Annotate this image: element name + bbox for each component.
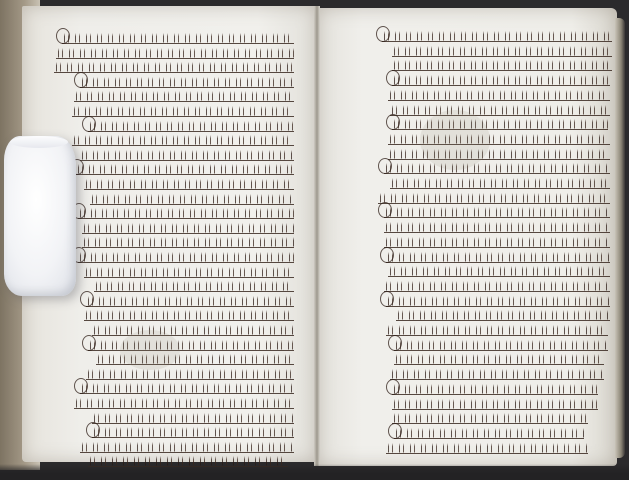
handwritten-line	[392, 383, 598, 395]
script-strokes	[72, 106, 294, 116]
underline-rule	[80, 393, 294, 394]
underline-rule	[384, 247, 610, 248]
script-strokes	[92, 325, 294, 335]
handwritten-line	[384, 236, 610, 248]
handwritten-line	[74, 397, 294, 409]
script-strokes	[76, 164, 294, 174]
handwritten-line	[388, 89, 610, 101]
underline-rule	[84, 320, 294, 321]
handwritten-line	[390, 368, 604, 380]
handwritten-line	[382, 30, 612, 42]
script-strokes	[394, 354, 604, 364]
script-strokes	[80, 383, 294, 393]
initial-flourish	[388, 335, 402, 351]
faint-bleedthrough	[420, 110, 490, 170]
script-strokes	[56, 48, 294, 58]
underline-rule	[72, 145, 294, 146]
faint-bleedthrough	[120, 330, 180, 370]
script-strokes	[388, 90, 610, 100]
handwritten-line	[90, 193, 294, 205]
underline-rule	[78, 262, 294, 263]
handwritten-line	[78, 207, 294, 219]
underline-rule	[378, 203, 610, 204]
handwritten-line	[92, 412, 294, 424]
underline-rule	[388, 100, 610, 101]
script-strokes	[392, 384, 598, 394]
initial-flourish	[388, 423, 402, 439]
script-strokes	[80, 442, 294, 452]
script-strokes	[78, 208, 294, 218]
handwritten-line	[80, 76, 294, 88]
script-strokes	[86, 369, 294, 379]
handwritten-line	[392, 74, 610, 86]
handwritten-line	[76, 163, 294, 175]
underline-rule	[86, 379, 294, 380]
script-strokes	[80, 150, 294, 160]
underline-rule	[94, 291, 294, 292]
script-strokes	[72, 135, 294, 145]
handwritten-line	[72, 134, 294, 146]
script-strokes	[88, 121, 294, 131]
script-strokes	[384, 237, 610, 247]
underline-rule	[74, 408, 294, 409]
underline-rule	[74, 101, 294, 102]
handwritten-line	[390, 104, 610, 116]
script-strokes	[396, 310, 610, 320]
script-strokes	[392, 60, 612, 70]
underline-rule	[90, 204, 294, 205]
handwritten-line	[386, 442, 588, 454]
underline-rule	[80, 87, 294, 88]
script-strokes	[386, 325, 608, 335]
handwritten-line	[62, 32, 294, 44]
handwritten-line	[78, 251, 294, 263]
script-strokes	[392, 413, 588, 423]
underline-rule	[390, 379, 604, 380]
script-strokes	[390, 369, 604, 379]
script-strokes	[82, 223, 294, 233]
script-strokes	[384, 222, 610, 232]
book-gutter	[314, 6, 320, 466]
underline-rule	[62, 43, 294, 44]
handwritten-line	[80, 149, 294, 161]
handwritten-line	[54, 61, 294, 73]
handwritten-line	[390, 177, 610, 189]
underline-rule	[76, 174, 294, 175]
handwritten-line	[394, 353, 604, 365]
script-strokes	[78, 252, 294, 262]
underline-rule	[396, 320, 610, 321]
script-strokes	[80, 77, 294, 87]
handwritten-line	[80, 441, 294, 453]
handwritten-line	[378, 192, 610, 204]
underline-rule	[84, 277, 294, 278]
script-strokes	[384, 207, 610, 217]
underline-rule	[386, 335, 608, 336]
script-strokes	[62, 33, 294, 43]
underline-rule	[392, 409, 598, 410]
initial-flourish	[386, 379, 400, 395]
underline-rule	[384, 217, 610, 218]
initial-flourish	[380, 247, 394, 263]
handwritten-line	[84, 309, 294, 321]
underline-rule	[390, 115, 610, 116]
script-strokes	[90, 194, 294, 204]
underline-rule	[92, 335, 294, 336]
handwritten-line	[82, 236, 294, 248]
handwritten-line	[80, 382, 294, 394]
underline-rule	[92, 423, 294, 424]
underline-rule	[384, 173, 610, 174]
initial-flourish	[74, 72, 88, 88]
underline-rule	[386, 262, 610, 263]
underline-rule	[392, 394, 598, 395]
underline-rule	[388, 276, 610, 277]
script-strokes	[378, 193, 610, 203]
underline-rule	[388, 159, 610, 160]
script-strokes	[386, 252, 610, 262]
script-strokes	[392, 46, 612, 56]
handwritten-line	[396, 309, 610, 321]
underline-rule	[386, 453, 588, 454]
initial-flourish	[82, 335, 96, 351]
underline-rule	[72, 116, 294, 117]
script-strokes	[384, 163, 610, 173]
underline-rule	[84, 189, 294, 190]
script-strokes	[92, 413, 294, 423]
handwritten-line	[388, 265, 610, 277]
initial-flourish	[386, 70, 400, 86]
script-strokes	[54, 62, 294, 72]
underline-rule	[384, 291, 610, 292]
table-shadow	[0, 464, 629, 480]
script-strokes	[392, 75, 610, 85]
handwritten-line	[84, 266, 294, 278]
handwritten-line	[92, 426, 294, 438]
script-strokes	[390, 178, 610, 188]
underline-rule	[56, 58, 294, 59]
underline-rule	[382, 41, 612, 42]
script-strokes	[386, 443, 588, 453]
script-strokes	[84, 179, 294, 189]
underline-rule	[86, 306, 294, 307]
underline-rule	[82, 233, 294, 234]
underline-rule	[394, 438, 584, 439]
script-strokes	[92, 427, 294, 437]
handwritten-line	[386, 324, 608, 336]
handwritten-line	[72, 105, 294, 117]
handwritten-line	[86, 295, 294, 307]
manuscript-photo	[0, 0, 629, 480]
underline-rule	[92, 437, 294, 438]
handwritten-line	[384, 162, 610, 174]
script-strokes	[74, 91, 294, 101]
underline-rule	[78, 218, 294, 219]
script-strokes	[386, 296, 610, 306]
handwritten-line	[392, 412, 588, 424]
script-strokes	[394, 428, 584, 438]
script-strokes	[388, 266, 610, 276]
initial-flourish	[56, 28, 70, 44]
underline-rule	[390, 188, 610, 189]
underline-rule	[392, 70, 612, 71]
handwritten-line	[394, 427, 584, 439]
handwritten-line	[92, 324, 294, 336]
script-strokes	[86, 296, 294, 306]
script-strokes	[74, 398, 294, 408]
handwritten-line	[86, 368, 294, 380]
handwritten-line	[88, 339, 294, 351]
handwritten-line	[392, 59, 612, 71]
handwritten-line	[392, 398, 598, 410]
underline-rule	[392, 423, 588, 424]
underline-rule	[82, 247, 294, 248]
script-strokes	[392, 399, 598, 409]
handwritten-line	[384, 221, 610, 233]
script-strokes	[382, 31, 612, 41]
underline-rule	[394, 364, 604, 365]
handwritten-line	[394, 339, 608, 351]
handwritten-line	[74, 90, 294, 102]
handwritten-line	[384, 280, 610, 292]
cloth-book-weight	[4, 136, 76, 296]
underline-rule	[386, 306, 610, 307]
handwritten-line	[392, 45, 612, 57]
script-strokes	[390, 105, 610, 115]
handwritten-line	[386, 251, 610, 263]
underline-rule	[384, 232, 610, 233]
handwritten-line	[82, 222, 294, 234]
script-strokes	[84, 310, 294, 320]
underline-rule	[394, 350, 608, 351]
script-strokes	[88, 340, 294, 350]
underline-rule	[88, 131, 294, 132]
handwritten-line	[84, 178, 294, 190]
script-strokes	[394, 340, 608, 350]
handwritten-line	[88, 120, 294, 132]
handwritten-line	[94, 280, 294, 292]
handwritten-line	[386, 295, 610, 307]
underline-rule	[54, 72, 294, 73]
handwritten-line	[384, 206, 610, 218]
script-strokes	[384, 281, 610, 291]
initial-flourish	[380, 291, 394, 307]
script-strokes	[84, 267, 294, 277]
underline-rule	[96, 364, 294, 365]
underline-rule	[80, 452, 294, 453]
script-strokes	[82, 237, 294, 247]
underline-rule	[80, 160, 294, 161]
handwritten-line	[56, 47, 294, 59]
underline-rule	[392, 85, 610, 86]
underline-rule	[392, 56, 612, 57]
initial-flourish	[80, 291, 94, 307]
initial-flourish	[82, 116, 96, 132]
initial-flourish	[376, 26, 390, 42]
script-strokes	[94, 281, 294, 291]
underline-rule	[88, 350, 294, 351]
